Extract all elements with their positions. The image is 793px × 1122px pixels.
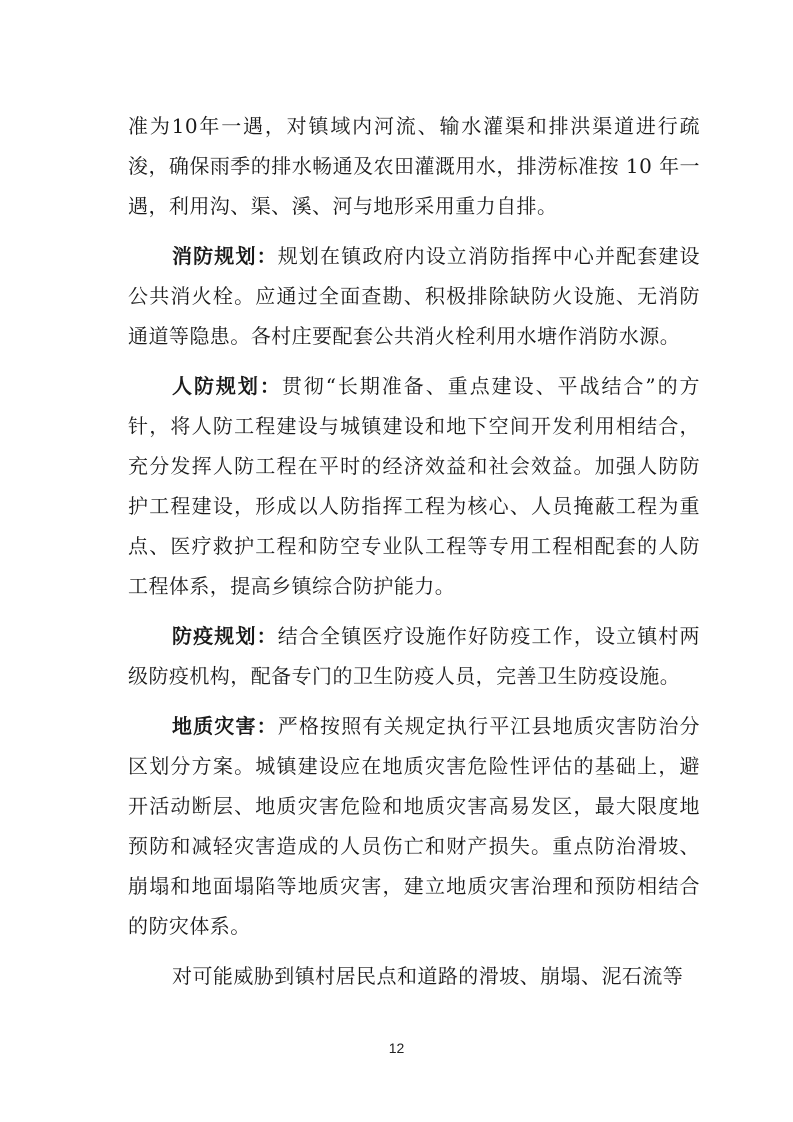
paragraph-fire-planning: 消防规划：规划在镇政府内设立消防指挥中心并配套建设公共消火栓。应通过全面查勘、积… [128, 236, 700, 356]
paragraph-text: 严格按照有关规定执行平江县地质灾害防治分区划分方案。城镇建设应在地质灾害危险性评… [128, 714, 700, 938]
paragraph-text: 贯彻“长期准备、重点建设、平战结合”的方针，将人防工程建设与城镇建设和地下空间开… [128, 374, 700, 598]
paragraph-heading: 地质灾害： [172, 714, 278, 738]
paragraph-heading: 消防规划： [172, 244, 278, 268]
paragraph-text: 准为10年一遇，对镇域内河流、输水灌渠和排洪渠道进行疏浚，确保雨季的排水畅通及农… [128, 114, 700, 218]
paragraph-continuation: 准为10年一遇，对镇域内河流、输水灌渠和排洪渠道进行疏浚，确保雨季的排水畅通及农… [128, 106, 700, 226]
page-number: 12 [0, 1038, 793, 1058]
paragraph-text: 对可能威胁到镇村居民点和道路的滑坡、崩塌、泥石流等 [172, 964, 683, 988]
paragraph-geological-hazards: 地质灾害：严格按照有关规定执行平江县地质灾害防治分区划分方案。城镇建设应在地质灾… [128, 706, 700, 946]
paragraph-epidemic-prevention: 防疫规划：结合全镇医疗设施作好防疫工作，设立镇村两级防疫机构，配备专门的卫生防疫… [128, 616, 700, 696]
paragraph-civil-air-defense: 人防规划：贯彻“长期准备、重点建设、平战结合”的方针，将人防工程建设与城镇建设和… [128, 366, 700, 606]
paragraph-heading: 防疫规划： [172, 624, 278, 648]
paragraph-heading: 人防规划： [172, 374, 282, 398]
paragraph-hazard-threats: 对可能威胁到镇村居民点和道路的滑坡、崩塌、泥石流等 [128, 956, 700, 996]
document-page: 准为10年一遇，对镇域内河流、输水灌渠和排洪渠道进行疏浚，确保雨季的排水畅通及农… [0, 0, 793, 1122]
page-body: 准为10年一遇，对镇域内河流、输水灌渠和排洪渠道进行疏浚，确保雨季的排水畅通及农… [128, 106, 700, 996]
